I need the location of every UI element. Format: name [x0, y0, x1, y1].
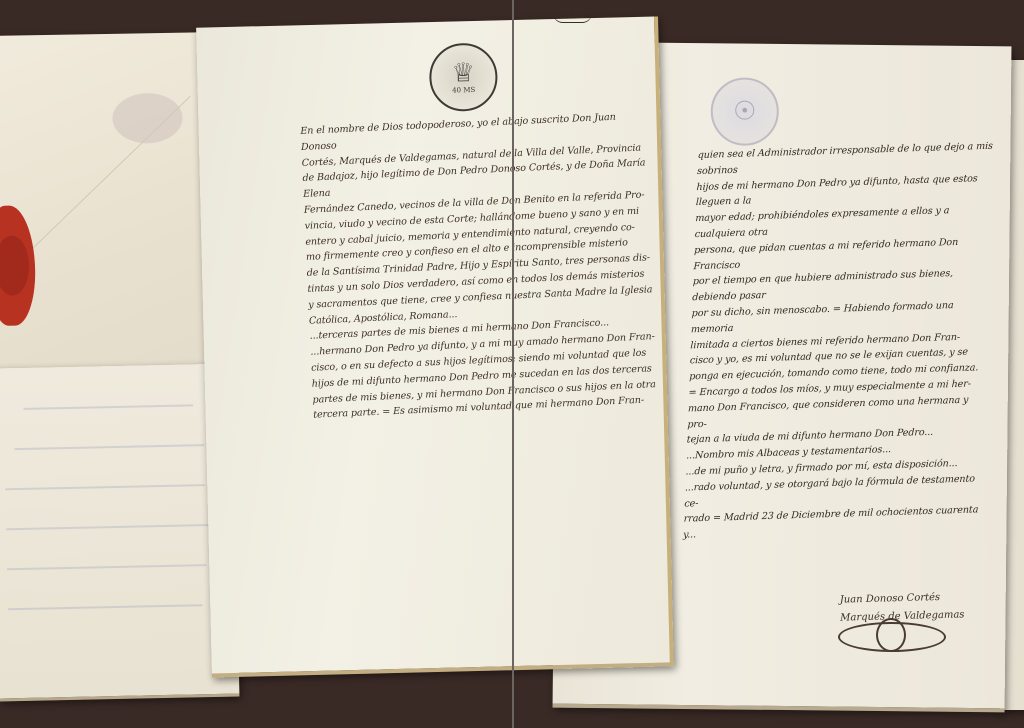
wax-sealed-envelope	[0, 32, 219, 376]
signature-rubric-flourish	[838, 622, 946, 652]
folio-number: 582	[553, 6, 592, 23]
envelope-fold-line	[25, 96, 191, 256]
stamp-seal: ♕ 40 MS	[429, 42, 499, 112]
photo-seam-line	[512, 0, 514, 728]
faded-stamp-seal: ☉	[710, 77, 779, 146]
seal-figure-icon: ♕	[451, 60, 475, 87]
right-page-handwriting: quien sea el Administrador irresponsable…	[683, 139, 998, 544]
seal-value: 40 MS	[452, 86, 476, 95]
faded-left-page	[0, 364, 239, 702]
center-page-handwriting: En el nombre de Dios todopoderoso, yo el…	[300, 108, 663, 424]
